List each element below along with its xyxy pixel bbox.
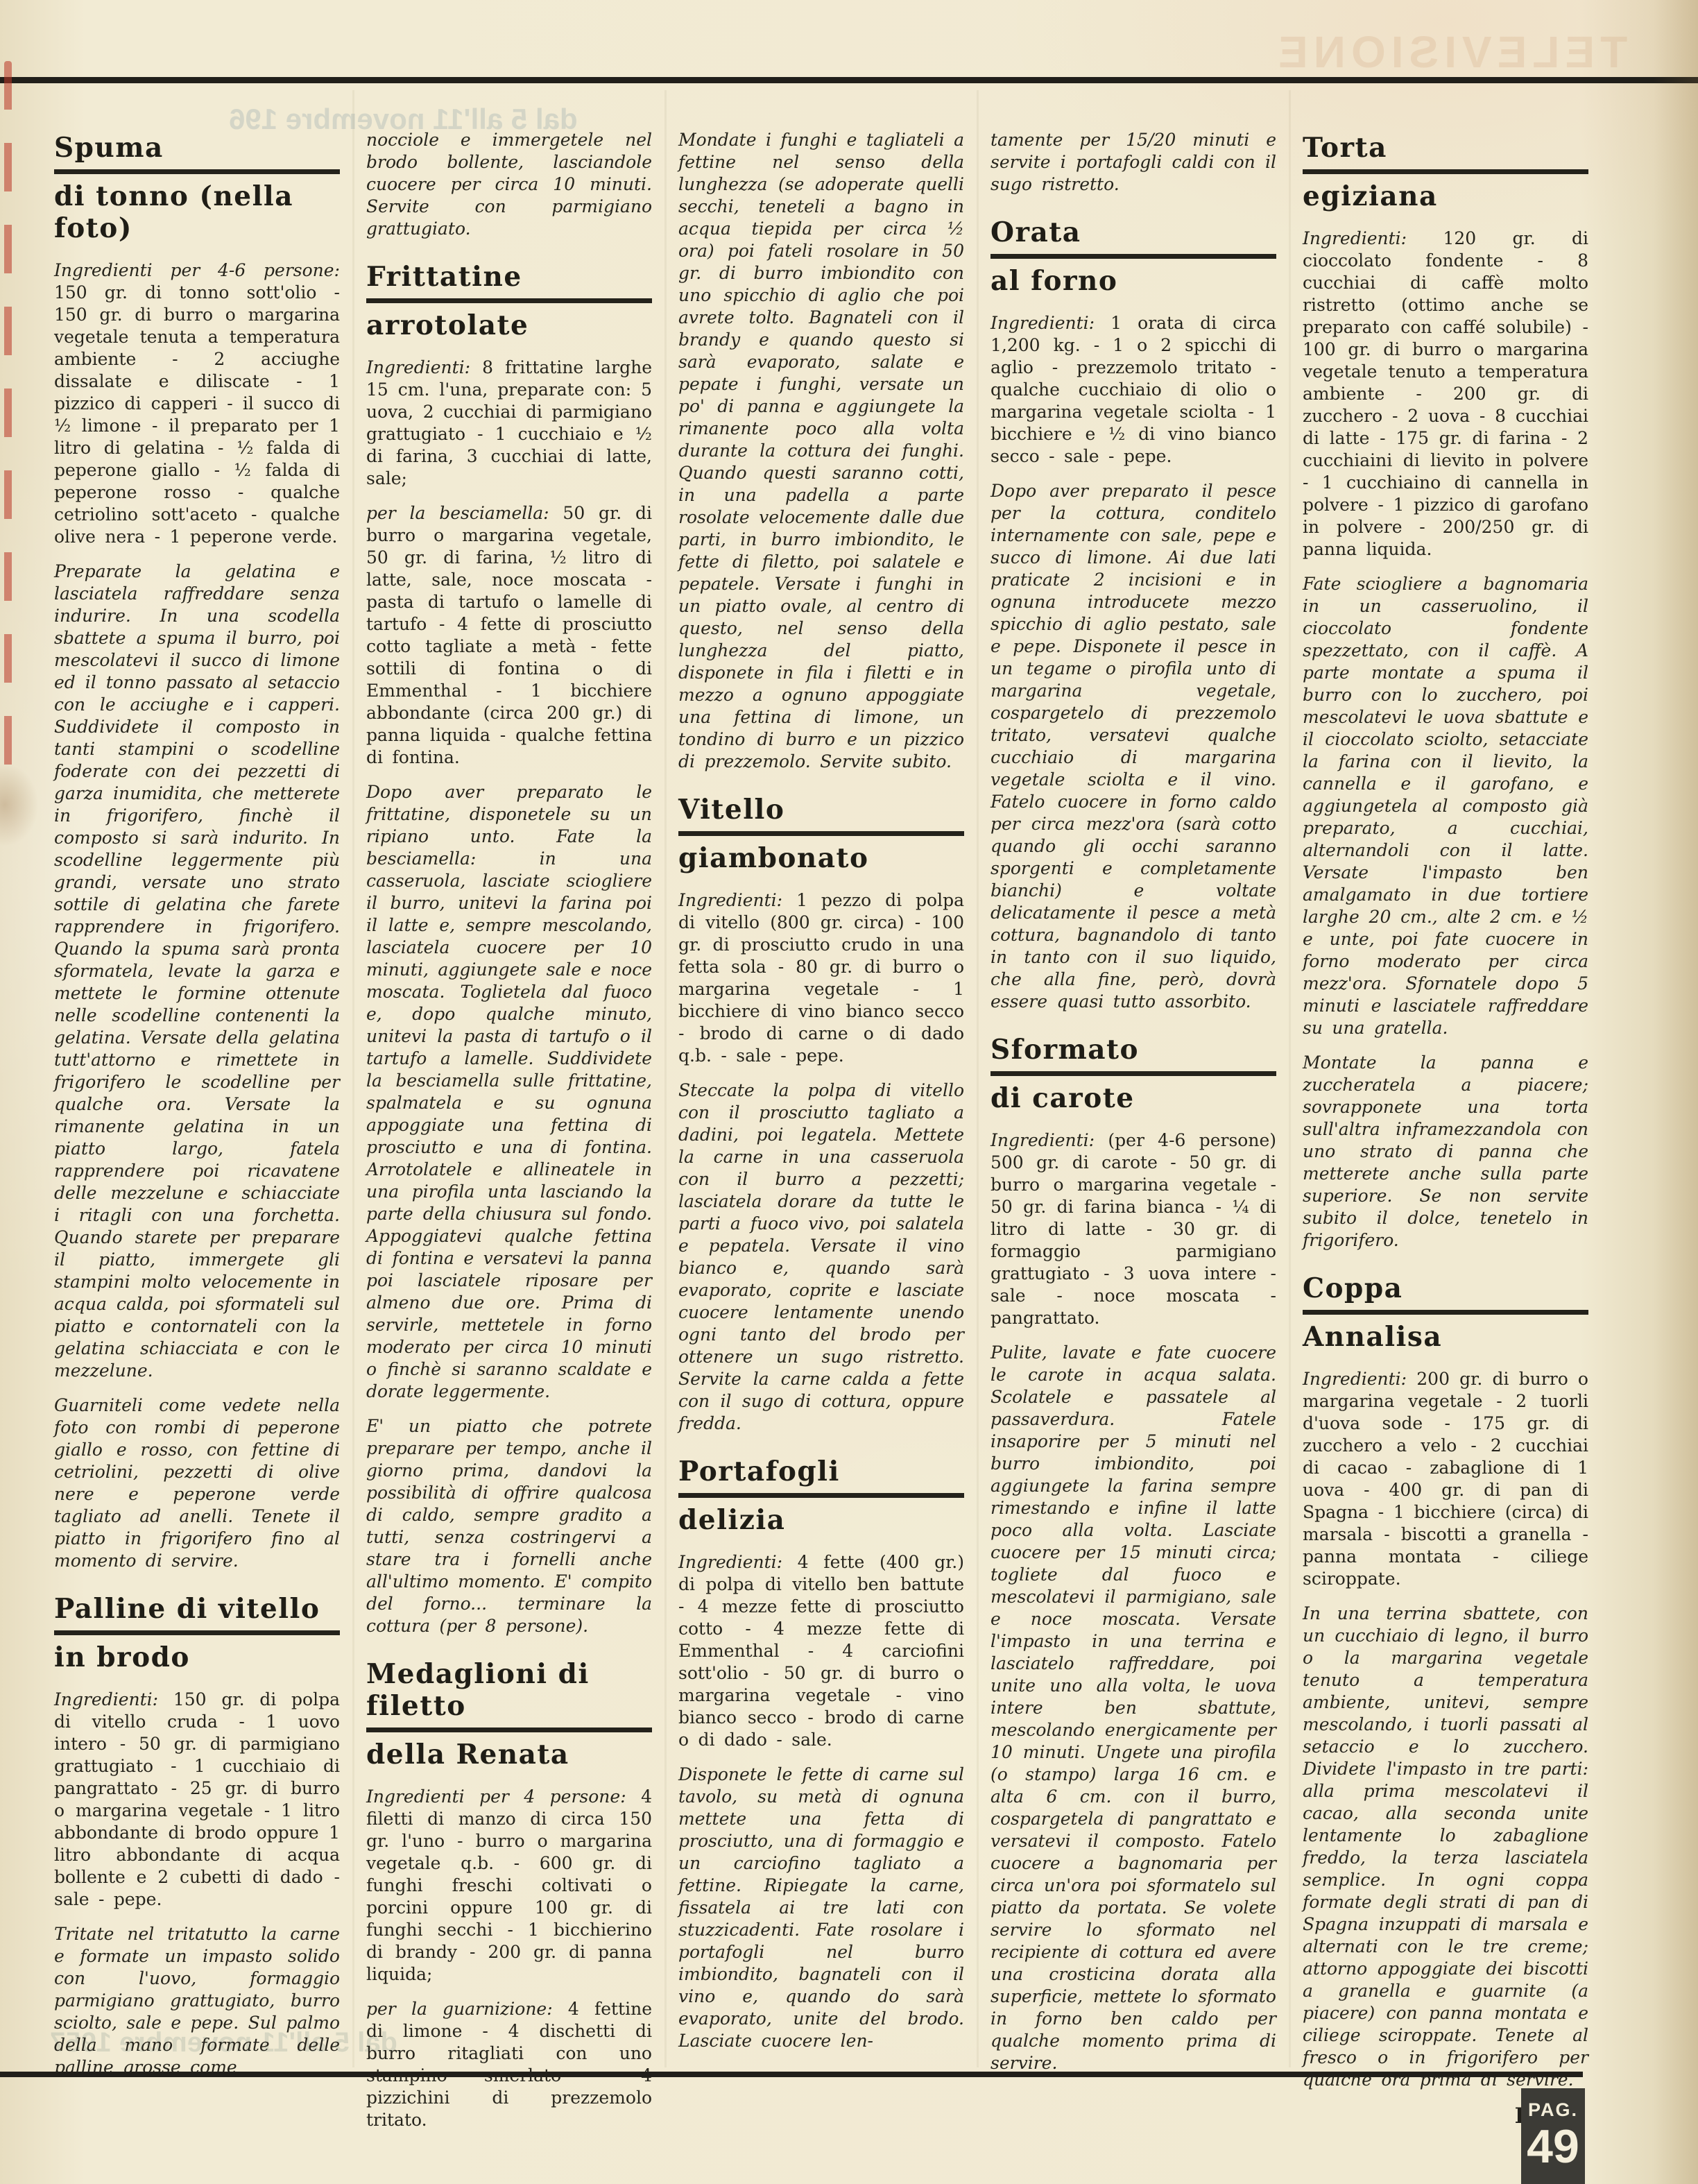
recipe-paragraph: Preparate la gelatina e lasciatela raffr… <box>54 561 340 1382</box>
paragraph-lead: Ingredienti: <box>678 890 782 910</box>
paragraph-text: 120 gr. di cioccolato fondente - 8 cucch… <box>1303 228 1588 559</box>
recipe-title-line1: Vitello <box>678 794 964 836</box>
recipe-title: Frittatinearrotolate <box>366 261 652 341</box>
recipe-title: Medaglioni di filettodella Renata <box>366 1658 652 1771</box>
paragraph-text: E' un piatto che potrete preparare per t… <box>366 1416 652 1636</box>
paragraph-lead: Ingredienti: <box>990 1130 1095 1150</box>
recipe-title-line2: arrotolate <box>366 303 652 341</box>
paragraph-text: 4 filetti di manzo di circa 150 gr. l'un… <box>366 1786 652 1984</box>
recipe-paragraph: Steccate la polpa di vitello con il pros… <box>678 1080 964 1435</box>
recipe-title-line2: di carote <box>990 1076 1276 1114</box>
paragraph-text: Disponete le fette di carne sul tavolo, … <box>678 1764 964 2051</box>
paragraph-lead: per la besciamella: <box>366 503 549 523</box>
recipe-title: Vitellogiambonato <box>678 794 964 874</box>
recipe-paragraph: per la besciamella: 50 gr. di burro o ma… <box>366 502 652 769</box>
paragraph-text: Mondate i funghi e tagliateli a fettine … <box>678 130 964 771</box>
recipe-paragraph: Fate sciogliere a bagnomaria in un casse… <box>1303 573 1588 1039</box>
recipe-paragraph: Disponete le fette di carne sul tavolo, … <box>678 1764 964 2052</box>
paragraph-text: Dopo aver preparato le frittatine, dispo… <box>366 782 652 1401</box>
recipe-title-line1: Spuma <box>54 132 340 174</box>
recipe-title-line1: Sformato <box>990 1034 1276 1076</box>
paragraph-text: In una terrina sbattete, con un cucchiai… <box>1303 1603 1588 2090</box>
paragraph-text: nocciole e immergetele nel brodo bollent… <box>366 130 652 239</box>
recipe-title: Orataal forno <box>990 216 1276 297</box>
paragraph-text: Preparate la gelatina e lasciatela raffr… <box>54 561 340 1381</box>
page-badge-label: PAG. <box>1521 2099 1585 2121</box>
recipe-title: Sformatodi carote <box>990 1034 1276 1114</box>
paragraph-lead: Ingredienti: <box>678 1552 782 1572</box>
recipe-title: Palline di vitelloin brodo <box>54 1593 340 1673</box>
magazine-page: { "page": { "footer": { "badge_label": "… <box>0 0 1698 2184</box>
text-column-4: tamente per 15/20 minuti e servite i por… <box>990 129 1276 2087</box>
recipe-paragraph: Dopo aver preparato il pesce per la cott… <box>990 480 1276 1013</box>
ingredients-paragraph: Ingredienti: 200 gr. di burro o margarin… <box>1303 1368 1588 1590</box>
recipe-paragraph: Dopo aver preparato le frittatine, dispo… <box>366 781 652 1403</box>
paper-stain <box>0 763 39 846</box>
paragraph-text: (per 4-6 persone) 500 gr. di carote - 50… <box>990 1130 1276 1328</box>
ingredients-paragraph: Ingredienti: 1 pezzo di polpa di vitello… <box>678 889 964 1067</box>
recipe-title-line2: giambonato <box>678 836 964 874</box>
recipe-title-line2: Annalisa <box>1303 1315 1588 1353</box>
page-number: 49 <box>1521 2122 1585 2171</box>
paragraph-text: 50 gr. di burro o margarina vegetale, 50… <box>366 503 652 767</box>
ingredients-paragraph: Ingredienti: 150 gr. di polpa di vitello… <box>54 1689 340 1911</box>
text-column-1: Spumadi tonno (nella foto)Ingredienti pe… <box>54 129 340 2091</box>
recipe-title: Portafoglidelizia <box>678 1456 964 1536</box>
paragraph-lead: Ingredienti: <box>1303 1369 1407 1389</box>
recipe-title: Tortaegiziana <box>1303 132 1588 212</box>
recipe-title-line1: Coppa <box>1303 1272 1588 1315</box>
text-column-3: Mondate i funghi e tagliateli a fettine … <box>678 129 964 2065</box>
ingredients-paragraph: Ingredienti per 4-6 persone: 150 gr. di … <box>54 259 340 548</box>
recipe-title: CoppaAnnalisa <box>1303 1272 1588 1353</box>
paragraph-text: 150 gr. di polpa di vitello cruda - 1 uo… <box>54 1689 340 1909</box>
paragraph-lead: Ingredienti: <box>54 1689 158 1709</box>
recipe-title-line2: in brodo <box>54 1635 340 1673</box>
recipe-title-line1: Palline di vitello <box>54 1593 340 1635</box>
red-margin-marks <box>4 61 12 794</box>
top-rule <box>0 77 1698 83</box>
recipe-paragraph: Pulite, lavate e fate cuocere le carote … <box>990 1342 1276 2074</box>
page-number-badge: PAG. 49 <box>1521 2088 1585 2184</box>
paragraph-text: Tritate nel tritatutto la carne e format… <box>54 1924 340 2077</box>
recipe-title-line2: della Renata <box>366 1732 652 1771</box>
paragraph-lead: Ingredienti per 4 persone: <box>366 1786 626 1807</box>
ingredients-paragraph: Ingredienti: 120 gr. di cioccolato fonde… <box>1303 228 1588 561</box>
paragraph-lead: Ingredienti: <box>1303 228 1407 248</box>
recipe-title-line1: Frittatine <box>366 261 652 303</box>
recipe-title-line2: egiziana <box>1303 174 1588 212</box>
recipe-columns: Spumadi tonno (nella foto)Ingredienti pe… <box>54 129 1588 2144</box>
recipe-title: Spumadi tonno (nella foto) <box>54 132 340 244</box>
recipe-title-line1: Medaglioni di filetto <box>366 1658 652 1732</box>
paragraph-text: Fate sciogliere a bagnomaria in un casse… <box>1303 574 1588 1038</box>
recipe-title-line2: delizia <box>678 1498 964 1536</box>
recipe-paragraph: Montate la panna e zuccheratela a piacer… <box>1303 1052 1588 1252</box>
paragraph-text: Pulite, lavate e fate cuocere le carote … <box>990 1342 1276 2073</box>
recipe-paragraph: Mondate i funghi e tagliateli a fettine … <box>678 129 964 773</box>
recipe-paragraph: In una terrina sbattete, con un cucchiai… <box>1303 1603 1588 2091</box>
text-column-2: nocciole e immergetele nel brodo bollent… <box>366 129 652 2144</box>
ingredients-paragraph: Ingredienti per 4 persone: 4 filetti di … <box>366 1786 652 1986</box>
paragraph-lead: Ingredienti: <box>990 313 1095 333</box>
ingredients-paragraph: Ingredienti: 1 orata di circa 1,200 kg. … <box>990 312 1276 468</box>
paragraph-lead: Ingredienti: <box>366 357 470 377</box>
paragraph-text: 200 gr. di burro o margarina vegetale - … <box>1303 1369 1588 1589</box>
paragraph-text: Guarniteli come vedete nella foto con ro… <box>54 1395 340 1571</box>
recipe-title-line1: Orata <box>990 216 1276 259</box>
paragraph-text: 1 orata di circa 1,200 kg. - 1 o 2 spicc… <box>990 313 1276 466</box>
page-edge-shadow <box>1654 0 1698 2184</box>
recipe-paragraph: Tritate nel tritatutto la carne e format… <box>54 1923 340 2079</box>
text-column-5: TortaegizianaIngredienti: 120 gr. di cio… <box>1303 129 1588 2128</box>
recipe-title-line1: Torta <box>1303 132 1588 174</box>
recipe-title-line2: al forno <box>990 259 1276 297</box>
paragraph-text: Montate la panna e zuccheratela a piacer… <box>1303 1052 1588 1250</box>
recipe-paragraph: tamente per 15/20 minuti e servite i por… <box>990 129 1276 196</box>
recipe-title-line1: Portafogli <box>678 1456 964 1498</box>
paragraph-text: 4 fette (400 gr.) di polpa di vitello be… <box>678 1552 964 1750</box>
paragraph-lead: Ingredienti per 4-6 persone: <box>54 260 340 280</box>
paragraph-text: Dopo aver preparato il pesce per la cott… <box>990 481 1276 1012</box>
paragraph-text: tamente per 15/20 minuti e servite i por… <box>990 130 1276 194</box>
paragraph-lead: per la guarnizione: <box>366 1999 553 2019</box>
paragraph-text: Steccate la polpa di vitello con il pros… <box>678 1080 964 1433</box>
recipe-paragraph: E' un piatto che potrete preparare per t… <box>366 1415 652 1637</box>
bottom-rule <box>0 2072 1583 2077</box>
recipe-paragraph: Guarniteli come vedete nella foto con ro… <box>54 1394 340 1572</box>
ingredients-paragraph: Ingredienti: 4 fette (400 gr.) di polpa … <box>678 1551 964 1751</box>
recipe-paragraph: per la guarnizione: 4 fettine di limone … <box>366 1998 652 2131</box>
paragraph-text: 150 gr. di tonno sott'olio - 150 gr. di … <box>54 282 340 547</box>
ingredients-paragraph: Ingredienti: 8 frittatine larghe 15 cm. … <box>366 357 652 490</box>
recipe-title-line2: di tonno (nella foto) <box>54 174 340 244</box>
recipe-paragraph: nocciole e immergetele nel brodo bollent… <box>366 129 652 240</box>
paragraph-text: 1 pezzo di polpa di vitello (800 gr. cir… <box>678 890 964 1066</box>
ingredients-paragraph: Ingredienti: (per 4-6 persone) 500 gr. d… <box>990 1129 1276 1329</box>
bleedthrough-masthead-text: TELEVISIONE <box>1273 26 1627 78</box>
